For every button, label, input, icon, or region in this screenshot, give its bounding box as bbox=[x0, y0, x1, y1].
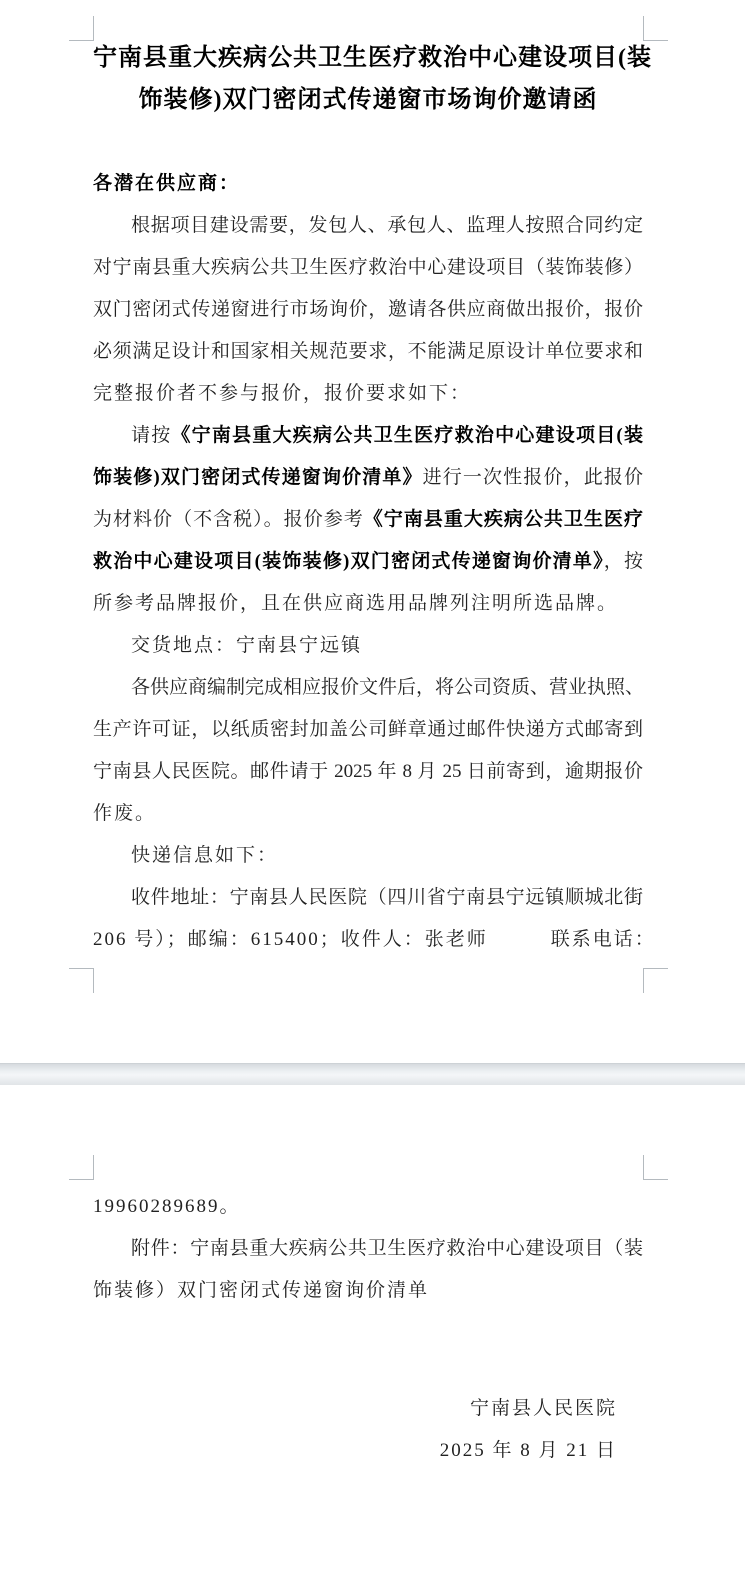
paragraph-line: 饰装修）双门密闭式传递窗询价清单 bbox=[93, 1278, 643, 1304]
text-run: 交货地点：宁南县宁远镇 bbox=[131, 635, 362, 656]
text-run: 必须满足设计和国家相关规范要求，不能满足原设计单位要求和 bbox=[93, 341, 643, 362]
paragraph-line: 交货地点：宁南县宁远镇 bbox=[93, 633, 643, 659]
text-run: 附件：宁南县重大疾病公共卫生医疗救治中心建设项目（装 bbox=[131, 1238, 643, 1259]
text-run: 对宁南县重大疾病公共卫生医疗救治中心建设项目（装饰装修） bbox=[93, 257, 643, 278]
paragraph-line: 根据项目建设需要，发包人、承包人、监理人按照合同约定 bbox=[93, 213, 643, 239]
margin-crop-mark bbox=[69, 1155, 94, 1180]
margin-crop-mark bbox=[643, 16, 668, 41]
paragraph-line: 生产许可证，以纸质密封加盖公司鲜章通过邮件快递方式邮寄到 bbox=[93, 717, 643, 743]
text-run: 19960289689。 bbox=[93, 1196, 241, 1217]
document-page-view: 宁南县重大疾病公共卫生医疗救治中心建设项目(装 饰装修)双门密闭式传递窗市场询价… bbox=[0, 0, 745, 1574]
page-break-separator bbox=[0, 1063, 745, 1085]
paragraph-line: 宁南县人民医院。邮件请于 2025 年 8 月 25 日前寄到，逾期报价 bbox=[93, 759, 643, 785]
margin-crop-mark bbox=[643, 968, 668, 993]
document-title-line: 饰装修)双门密闭式传递窗市场询价邀请函 bbox=[93, 84, 643, 116]
paragraph-line: 各供应商编制完成相应报价文件后，将公司资质、营业执照、 bbox=[93, 675, 643, 701]
paragraph-line: 19960289689。 bbox=[93, 1194, 643, 1220]
paragraph-line: 救治中心建设项目(装饰装修)双门密闭式传递窗询价清单》，按 bbox=[93, 549, 643, 575]
text-run: 各供应商编制完成相应报价文件后，将公司资质、营业执照、 bbox=[131, 677, 644, 698]
paragraph-line: 完整报价者不参与报价，报价要求如下： bbox=[93, 381, 643, 407]
text-run: 所参考品牌报价，且在供应商选用品牌列注明所选品牌。 bbox=[93, 593, 618, 614]
paragraph-line: 对宁南县重大疾病公共卫生医疗救治中心建设项目（装饰装修） bbox=[93, 255, 643, 281]
text-run: 双门密闭式传递窗进行市场询价，邀请各供应商做出报价，报价 bbox=[93, 299, 643, 320]
text-run: 《宁南县重大疾病公共卫生医疗 bbox=[364, 509, 643, 530]
paragraph-line: 快递信息如下： bbox=[93, 843, 643, 869]
text-run: 《宁南县重大疾病公共卫生医疗救治中心建设项目(装 bbox=[171, 425, 643, 446]
paragraph-line: 收件地址：宁南县人民医院（四川省宁南县宁远镇顺城北街 bbox=[93, 885, 643, 911]
text-run: 宁南县人民医院。邮件请于 2025 年 8 月 25 日前寄到，逾期报价 bbox=[93, 761, 643, 782]
salutation: 各潜在供应商： bbox=[93, 171, 643, 197]
text-run: 完整报价者不参与报价，报价要求如下： bbox=[93, 383, 471, 404]
signature-date-line: 2025 年 8 月 21 日 bbox=[93, 1438, 643, 1464]
paragraph-line: 请按《宁南县重大疾病公共卫生医疗救治中心建设项目(装 bbox=[93, 423, 643, 449]
paragraph-line: 双门密闭式传递窗进行市场询价，邀请各供应商做出报价，报价 bbox=[93, 297, 643, 323]
text-run: 饰装修）双门密闭式传递窗询价清单 bbox=[93, 1280, 429, 1301]
text-run: 各潜在供应商： bbox=[93, 173, 240, 194]
text-run: 救治中心建设项目(装饰装修)双门密闭式传递窗询价清单》 bbox=[93, 551, 604, 572]
text-run: 生产许可证，以纸质密封加盖公司鲜章通过邮件快递方式邮寄到 bbox=[93, 719, 643, 740]
paragraph-line: 206 号）；邮编：615400；收件人：张老师 联系电话： bbox=[93, 927, 643, 953]
text-run: ，按 bbox=[604, 551, 643, 572]
text-run: 206 号）；邮编：615400；收件人：张老师 联系电话： bbox=[93, 929, 656, 950]
signature-org-line: 宁南县人民医院 bbox=[93, 1396, 643, 1422]
text-run: 请按 bbox=[131, 425, 171, 446]
document-title-line: 宁南县重大疾病公共卫生医疗救治中心建设项目(装 bbox=[93, 42, 643, 74]
text-run: 为材料价（不含税）。报价参考 bbox=[93, 509, 364, 530]
text-run: 作废。 bbox=[93, 803, 156, 824]
margin-crop-mark bbox=[69, 968, 94, 993]
paragraph-line: 必须满足设计和国家相关规范要求，不能满足原设计单位要求和 bbox=[93, 339, 643, 365]
paragraph-line: 作废。 bbox=[93, 801, 643, 827]
text-run: 根据项目建设需要，发包人、承包人、监理人按照合同约定 bbox=[131, 215, 643, 236]
paragraph-line: 饰装修)双门密闭式传递窗询价清单》进行一次性报价，此报价 bbox=[93, 465, 643, 491]
paragraph-line: 所参考品牌报价，且在供应商选用品牌列注明所选品牌。 bbox=[93, 591, 643, 617]
margin-crop-mark bbox=[69, 16, 94, 41]
margin-crop-mark bbox=[643, 1155, 668, 1180]
paragraph-line: 为材料价（不含税）。报价参考《宁南县重大疾病公共卫生医疗 bbox=[93, 507, 643, 533]
text-run: 进行一次性报价，此报价 bbox=[423, 467, 643, 488]
text-run: 快递信息如下： bbox=[131, 845, 278, 866]
text-run: 收件地址：宁南县人民医院（四川省宁南县宁远镇顺城北街 bbox=[131, 887, 643, 908]
text-run: 饰装修)双门密闭式传递窗询价清单》 bbox=[93, 467, 423, 488]
paragraph-line: 附件：宁南县重大疾病公共卫生医疗救治中心建设项目（装 bbox=[93, 1236, 643, 1262]
